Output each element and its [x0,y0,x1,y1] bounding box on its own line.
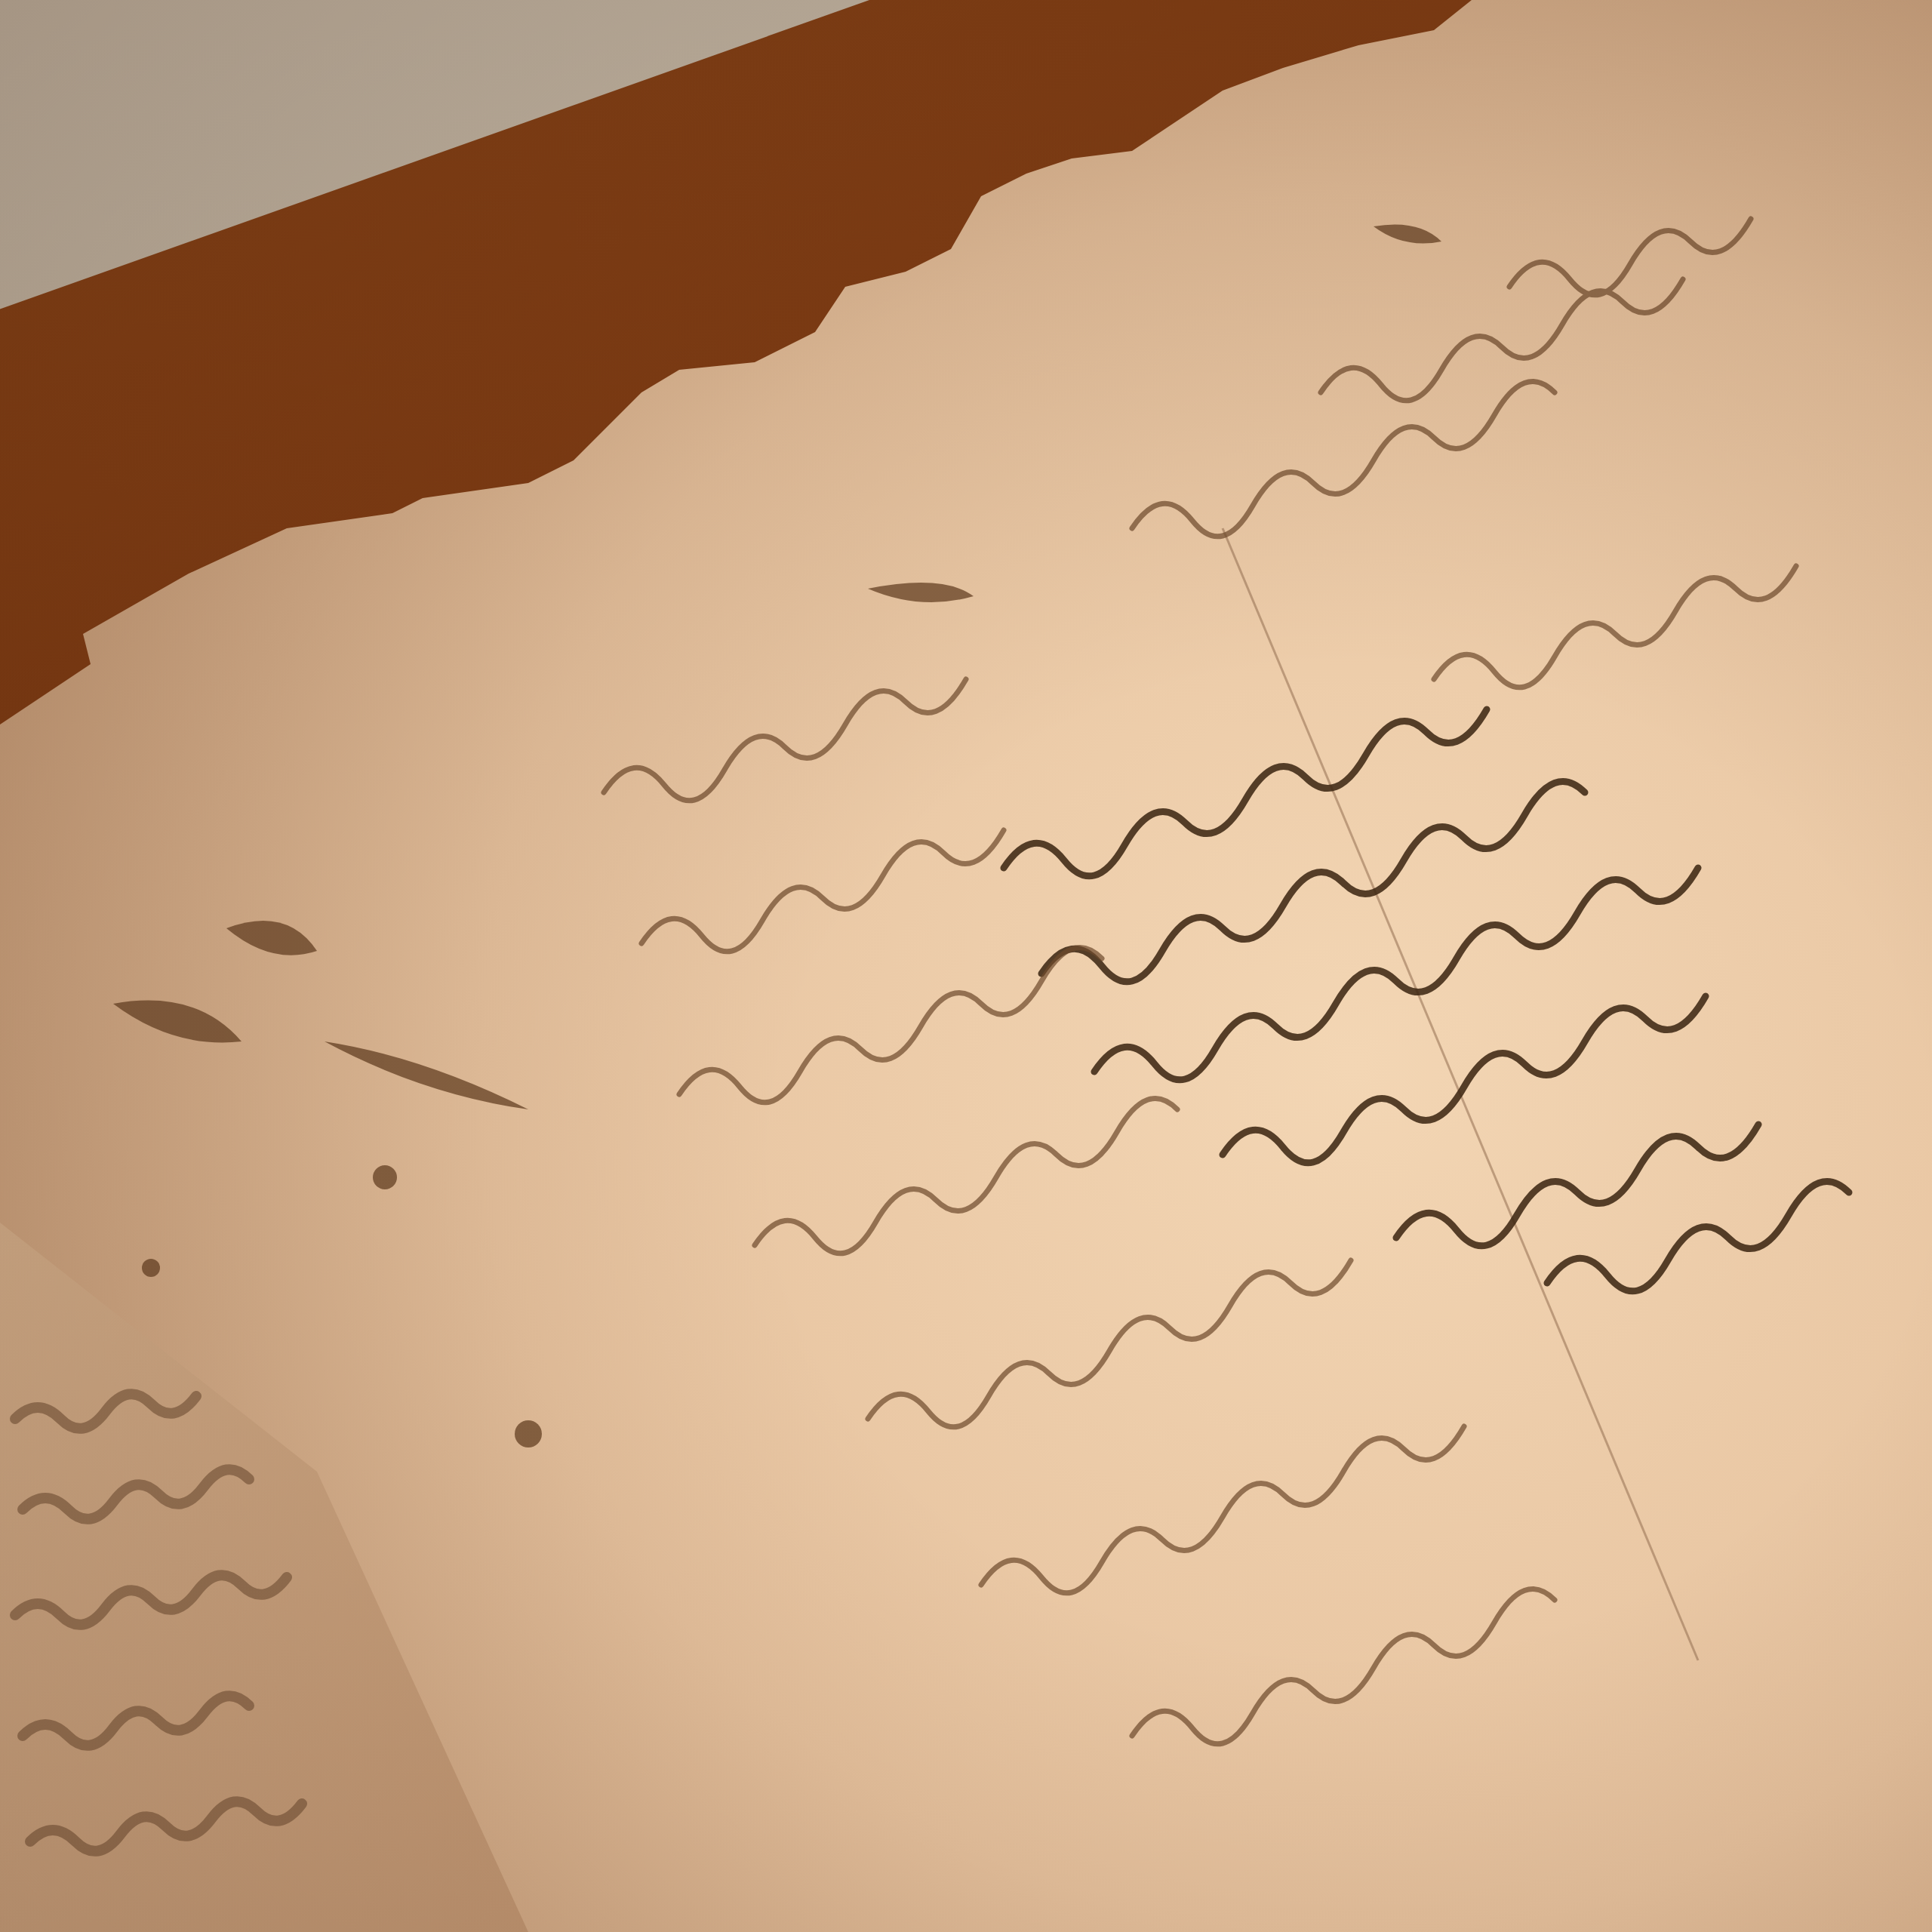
manuscript-illustration [0,0,1932,1932]
manuscript-photo [0,0,1932,1932]
